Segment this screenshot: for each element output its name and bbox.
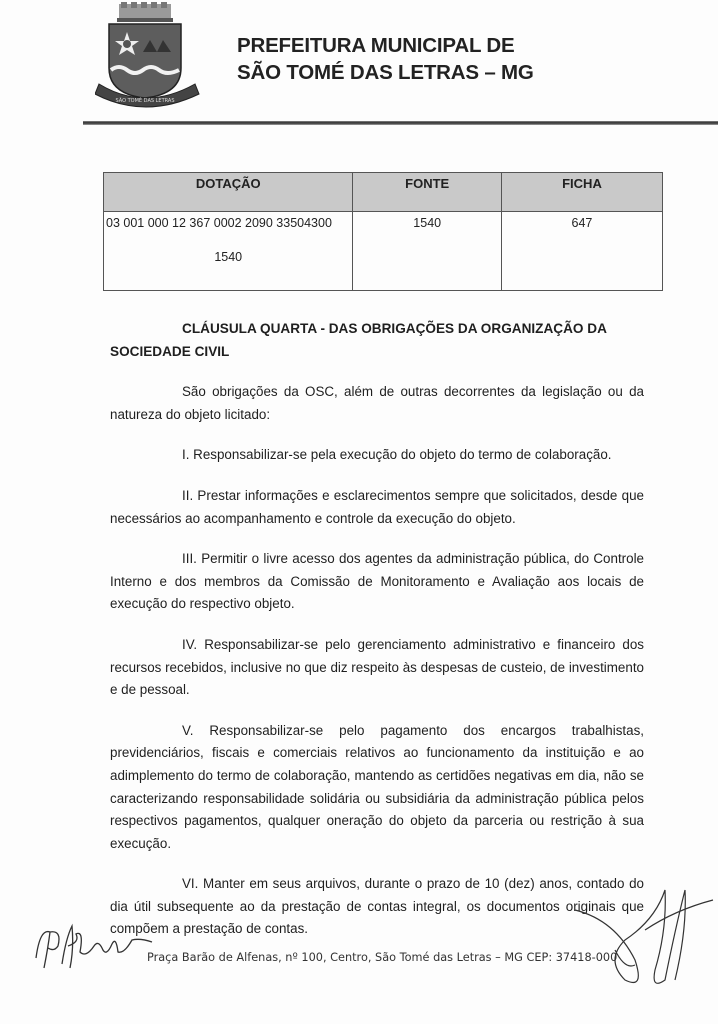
clause-heading-line-1: CLÁUSULA QUARTA - DAS OBRIGAÇÕES DA ORGA…: [182, 321, 607, 336]
dotacao-code: 03 001 000 12 367 0002 2090 33504300: [104, 212, 352, 230]
budget-table: DOTAÇÃO FONTE FICHA 03 001 000 12 367 00…: [103, 172, 663, 291]
clause-item-3: III. Permitir o livre acesso dos agentes…: [110, 548, 644, 616]
clause-item-1: I. Responsabilizar-se pela execução do o…: [110, 444, 644, 467]
clause-heading: CLÁUSULA QUARTA - DAS OBRIGAÇÕES DA ORGA…: [110, 318, 644, 363]
cell-fonte: 1540: [353, 212, 501, 291]
clause-section: CLÁUSULA QUARTA - DAS OBRIGAÇÕES DA ORGA…: [110, 318, 644, 941]
title-line-2: SÃO TOMÉ DAS LETRAS – MG: [237, 59, 534, 86]
clause-item-2: II. Prestar informações e esclarecimento…: [110, 485, 644, 530]
header-divider: [83, 121, 718, 125]
signature-left-icon: [28, 918, 158, 978]
header-dotacao: DOTAÇÃO: [104, 173, 353, 212]
svg-text:SÃO TOMÉ DAS LETRAS: SÃO TOMÉ DAS LETRAS: [116, 96, 175, 104]
page-title: PREFEITURA MUNICIPAL DE SÃO TOMÉ DAS LET…: [237, 32, 534, 86]
clause-heading-line-2: SOCIEDADE CIVIL: [110, 344, 229, 359]
title-line-1: PREFEITURA MUNICIPAL DE: [237, 32, 534, 59]
footer-address: Praça Barão de Alfenas, nº 100, Centro, …: [147, 951, 617, 964]
cell-ficha: 647: [501, 212, 662, 291]
clause-intro: São obrigações da OSC, além de outras de…: [110, 381, 644, 426]
header-ficha: FICHA: [501, 173, 662, 212]
coat-of-arms-icon: SÃO TOMÉ DAS LETRAS: [95, 2, 205, 110]
document-page: SÃO TOMÉ DAS LETRAS PREFEITURA MUNICIPAL…: [0, 0, 718, 1024]
clause-item-5: V. Responsabilizar-se pelo pagamento dos…: [110, 720, 644, 856]
ficha-value: 647: [502, 212, 662, 230]
clause-item-4: IV. Responsabilizar-se pelo gerenciament…: [110, 634, 644, 702]
header-fonte: FONTE: [353, 173, 501, 212]
cell-dotacao: 03 001 000 12 367 0002 2090 33504300 154…: [104, 212, 353, 291]
table-header-row: DOTAÇÃO FONTE FICHA: [104, 173, 663, 212]
dotacao-source: 1540: [104, 230, 352, 264]
table-row: 03 001 000 12 367 0002 2090 33504300 154…: [104, 212, 663, 291]
fonte-value: 1540: [353, 212, 500, 230]
signature-right-icon: [555, 870, 715, 1010]
